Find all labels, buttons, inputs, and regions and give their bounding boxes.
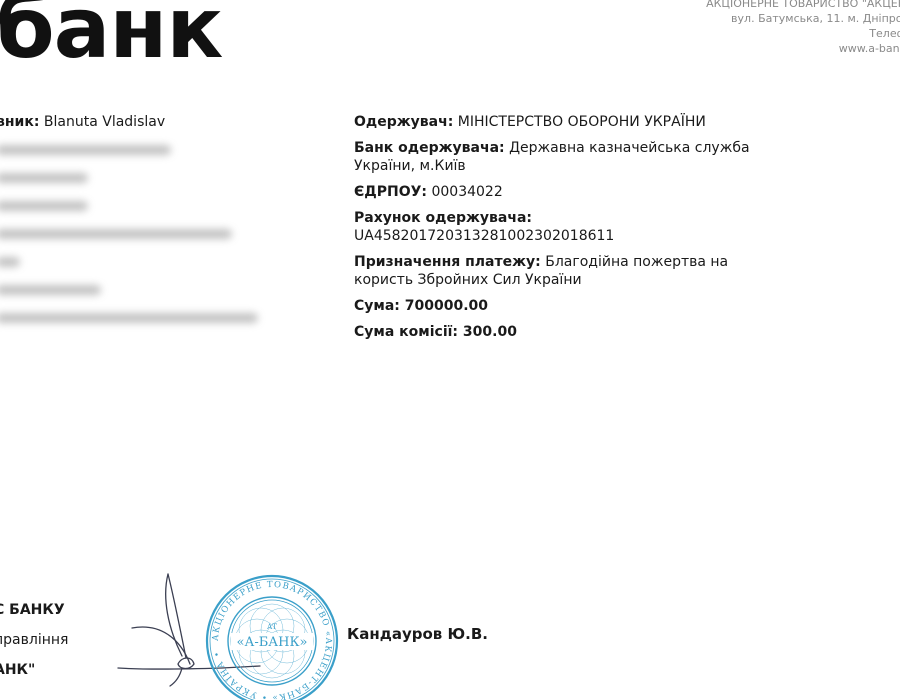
purpose-row: Призначення платежу: Благодійна пожертва… — [354, 253, 754, 289]
signer-name: Кандауров Ю.В. — [347, 625, 488, 643]
redacted-line — [0, 145, 171, 155]
amount-row: Сума: 700000.00 — [354, 297, 774, 315]
redacted-line — [0, 229, 232, 239]
fee-label: Сума комісії: — [354, 324, 458, 340]
amount-label: Сума: — [354, 298, 400, 314]
purpose-label: Призначення платежу: — [354, 254, 541, 270]
bank-info-address: вул. Батумська, 11. м. Дніпро, — [706, 11, 900, 26]
bank-info: АКЦІОНЕРНЕ ТОВАРИСТВО "АКЦЕН вул. Батумс… — [706, 0, 900, 56]
fee-value: 300.00 — [463, 324, 517, 340]
payer-label: вник: — [0, 114, 39, 130]
svg-text:АТ: АТ — [267, 623, 277, 631]
svg-text:«А-БАНК»: «А-БАНК» — [237, 635, 308, 650]
signatory-title: С БАНКУ правління АНК" — [0, 595, 68, 685]
recipient-bank-row: Банк одержувача: Державна казначейська с… — [354, 139, 774, 175]
payer-name: Blanuta Vladislav — [44, 114, 165, 130]
edrpou-value: 00034022 — [431, 184, 502, 200]
bank-info-name: АКЦІОНЕРНЕ ТОВАРИСТВО "АКЦЕН — [706, 0, 900, 11]
recipient-row: Одержувач: МІНІСТЕРСТВО ОБОРОНИ УКРАЇНИ — [354, 113, 774, 131]
bank-info-website: www.a-bank — [706, 41, 900, 56]
redacted-line — [0, 201, 88, 211]
signatory-title-line-3: АНК" — [0, 655, 68, 685]
signatory-title-line-2: правління — [0, 625, 68, 655]
account-row: Рахунок одержувача: UA458201720313281002… — [354, 209, 774, 245]
fee-row: Сума комісії: 300.00 — [354, 323, 774, 341]
redacted-line — [0, 257, 20, 267]
payer-section: вник: Blanuta Vladislav — [0, 112, 296, 332]
recipient-bank-label: Банк одержувача: — [354, 140, 505, 156]
recipient-section: Одержувач: МІНІСТЕРСТВО ОБОРОНИ УКРАЇНИ … — [354, 113, 774, 349]
edrpou-label: ЄДРПОУ: — [354, 184, 427, 200]
bank-logo: банк — [0, 0, 222, 70]
company-stamp-icon: АКЦІОНЕРНЕ ТОВАРИСТВО «АКЦЕНТ-БАНК» • УК… — [205, 574, 339, 700]
recipient-value: МІНІСТЕРСТВО ОБОРОНИ УКРАЇНИ — [458, 114, 706, 130]
recipient-label: Одержувач: — [354, 114, 453, 130]
redacted-line — [0, 173, 88, 183]
redacted-line — [0, 313, 258, 323]
edrpou-row: ЄДРПОУ: 00034022 — [354, 183, 774, 201]
account-value: UA458201720313281002302018611 — [354, 227, 774, 245]
redacted-line — [0, 285, 101, 295]
amount-value: 700000.00 — [405, 298, 488, 314]
account-label: Рахунок одержувача: — [354, 209, 774, 227]
payer-name-line: вник: Blanuta Vladislav — [0, 112, 296, 132]
redacted-block — [0, 132, 296, 332]
bank-info-phone: Телеф — [706, 26, 900, 41]
signatory-title-line-1: С БАНКУ — [0, 595, 68, 625]
